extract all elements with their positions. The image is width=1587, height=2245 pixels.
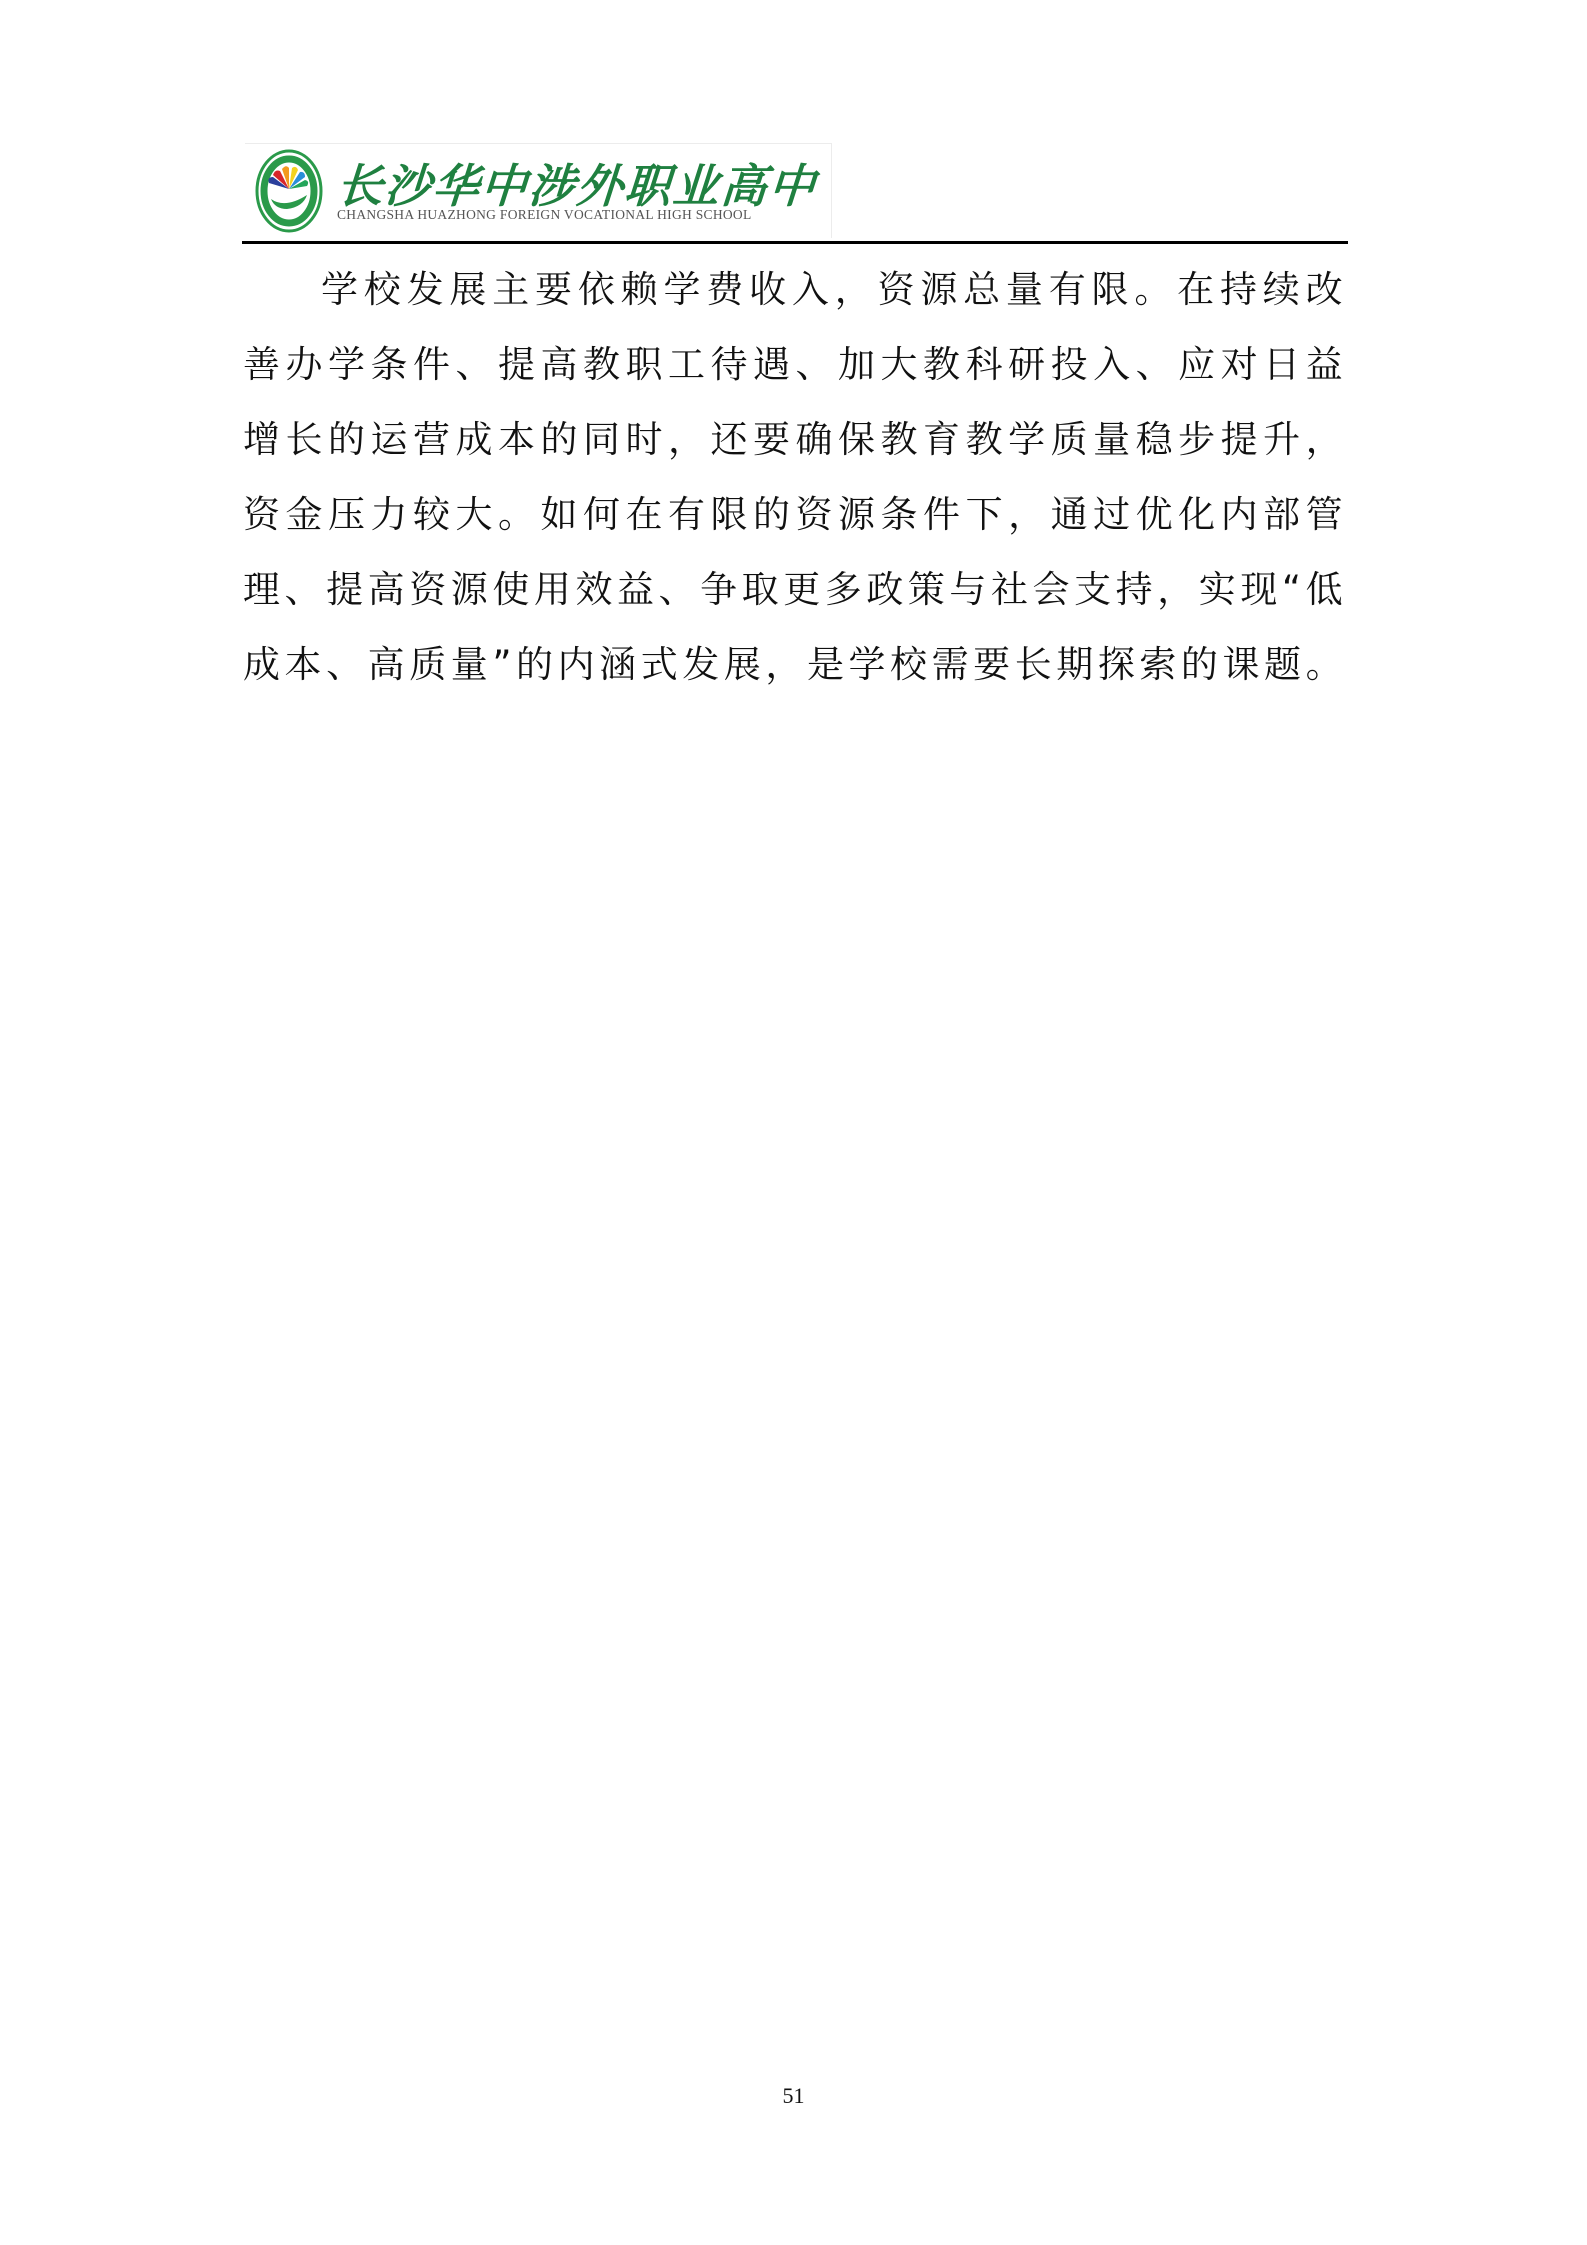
school-emblem-icon: [255, 149, 323, 233]
document-page: 长沙华中涉外职业高中 CHANGSHA HUAZHONG FOREIGN VOC…: [0, 0, 1587, 2245]
paragraph-line: 成本、高质量”的内涵式发展，是学校需要长期探索的课题。: [243, 637, 1347, 712]
paragraph-line: 资金压力较大。如何在有限的资源条件下，通过优化内部管: [243, 487, 1347, 562]
paragraph-line: 理、提高资源使用效益、争取更多政策与社会支持，实现“低: [243, 562, 1347, 637]
body-paragraph: 学校发展主要依赖学费收入，资源总量有限。在持续改 善办学条件、提高教职工待遇、加…: [243, 262, 1347, 712]
school-name-english: CHANGSHA HUAZHONG FOREIGN VOCATIONAL HIG…: [337, 207, 752, 223]
paragraph-line: 增长的运营成本的同时，还要确保教育教学质量稳步提升，: [243, 412, 1347, 487]
header-divider: [242, 241, 1348, 244]
paragraph-line: 学校发展主要依赖学费收入，资源总量有限。在持续改: [243, 262, 1347, 337]
page-number: 51: [0, 2083, 1587, 2109]
header-banner: 长沙华中涉外职业高中 CHANGSHA HUAZHONG FOREIGN VOC…: [245, 143, 832, 238]
paragraph-line: 善办学条件、提高教职工待遇、加大教科研投入、应对日益: [243, 337, 1347, 412]
